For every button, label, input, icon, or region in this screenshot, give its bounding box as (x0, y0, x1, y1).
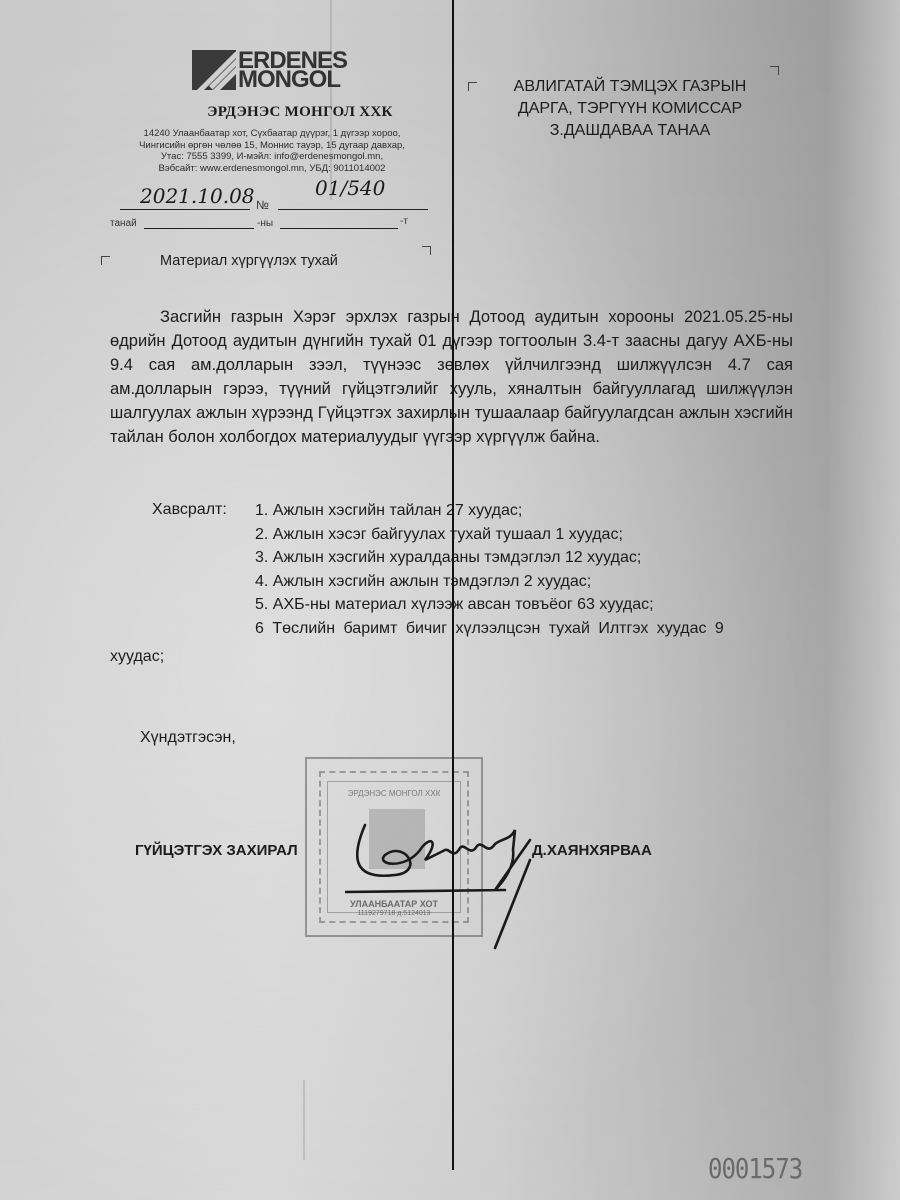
corner-mark (101, 256, 110, 265)
company-name: ЭРДЭНЭС МОНГОЛ ХХК (150, 104, 450, 121)
address-line: Утас: 7555 3399, И-мэйл: info@erdenesmon… (92, 151, 452, 163)
serial-number: 0001573 (708, 1153, 802, 1185)
letter-number: 01/540 (315, 176, 385, 200)
attachment-continuation: хуудас; (110, 648, 164, 666)
address-line: Вэбсайт: www.erdenesmongol.mn, УБД: 9011… (92, 163, 452, 175)
attachment-item: 1. Ажлын хэсгийн тайлан 27 хуудас; (255, 499, 795, 523)
logo-mark-icon (192, 50, 236, 90)
attachment-item: 5. АХБ-ны материал хүлээж авсан товъёог … (255, 593, 795, 617)
company-address: 14240 Улаанбаатар хот, Сүхбаатар дүүрэг,… (92, 128, 452, 174)
signer-title: ГҮЙЦЭТГЭХ ЗАХИРАЛ (135, 842, 298, 859)
corner-mark (770, 66, 779, 75)
ny-label: -ны (257, 218, 273, 229)
stamp-company: ЭРДЭНЭС МОНГОЛ ХХК (307, 789, 481, 798)
address-line: 14240 Улаанбаатар хот, Сүхбаатар дүүрэг,… (92, 128, 452, 140)
regards: Хүндэтгэсэн, (140, 729, 236, 747)
letter-date: 2021.10.08 (140, 184, 255, 208)
registration-row: 2021.10.08 № 01/540 танай -ны -т (110, 178, 460, 232)
vertical-scan-line (452, 0, 454, 1170)
attachments-list: 1. Ажлын хэсгийн тайлан 27 хуудас; 2. Аж… (255, 499, 795, 640)
attachment-item: 2. Ажлын хэсэг байгуулах тухай тушаал 1 … (255, 523, 795, 547)
letter-subject: Материал хүргүүлэх тухай (160, 253, 338, 269)
company-logo: ERDENES MONGOL (192, 50, 347, 90)
recipient-block: АВЛИГАТАЙ ТЭМЦЭХ ГАЗРЫН ДАРГА, ТЭРГҮҮН К… (470, 76, 790, 142)
logo-line-2: MONGOL (238, 70, 347, 89)
attachment-item: 6 Төслийн баримт бичиг хүлээлцсэн тухай … (255, 617, 795, 641)
recipient-line: АВЛИГАТАЙ ТЭМЦЭХ ГАЗРЫН (470, 76, 790, 98)
attachment-item: 4. Ажлын хэсгийн ажлын тэмдэглэл 2 хууда… (255, 570, 795, 594)
corner-mark (422, 246, 431, 255)
signature-icon (345, 820, 545, 950)
attachment-item: 3. Ажлын хэсгийн хуралдааны тэмдэглэл 12… (255, 546, 795, 570)
number-label: № (256, 198, 269, 212)
attachments-label: Хавсралт: (152, 501, 227, 519)
recipient-line: З.ДАШДАВАА ТАНАА (470, 120, 790, 142)
address-line: Чингисийн өргөн чөлөө 15, Моннис тауэр, … (92, 140, 452, 152)
recipient-line: ДАРГА, ТЭРГҮҮН КОМИССАР (470, 98, 790, 120)
fold-crease (303, 1080, 305, 1160)
signer-name: Д.ХАЯНХЯРВАА (532, 842, 652, 859)
your-label: танай (110, 218, 137, 229)
t-label: -т (400, 216, 408, 227)
